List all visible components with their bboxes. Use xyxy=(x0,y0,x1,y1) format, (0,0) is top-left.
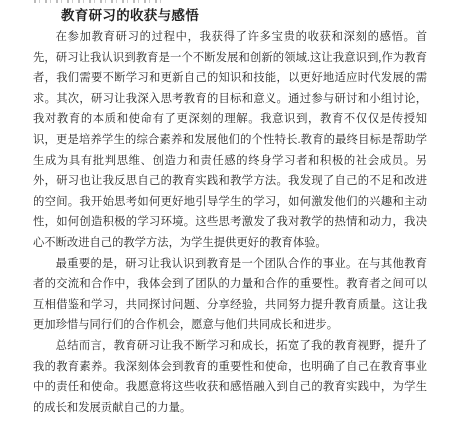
cropped-text-fragment xyxy=(34,0,162,3)
paragraph-1: 在参加教育研习的过程中，我获得了许多宝贵的收获和深刻的感悟。首先，研习让我认识到… xyxy=(33,27,427,254)
paragraph-2: 最重要的是，研习让我认识到教育是一个团队合作的事业。在与其他教育者的交流和合作中… xyxy=(33,254,427,336)
document-page: 教育研习的收获与感悟 在参加教育研习的过程中，我获得了许多宝贵的收获和深刻的感悟… xyxy=(0,0,451,436)
document-title: 教育研习的收获与感悟 xyxy=(33,7,427,24)
document-content: 教育研习的收获与感悟 在参加教育研习的过程中，我获得了许多宝贵的收获和深刻的感悟… xyxy=(33,7,427,418)
paragraph-3: 总结而言，教育研习让我不断学习和成长，拓宽了我的教育视野，提升了我的教育素养。我… xyxy=(33,336,427,418)
